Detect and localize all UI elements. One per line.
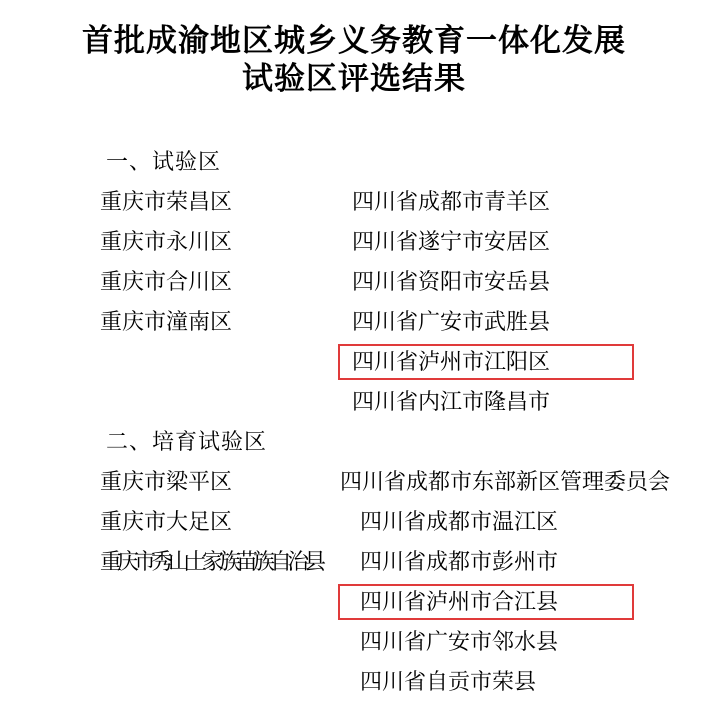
sichuan-item: 四川省成都市青羊区 bbox=[352, 190, 550, 214]
title-line-2: 试验区评选结果 bbox=[0, 60, 708, 98]
page-title: 首批成渝地区城乡义务教育一体化发展 试验区评选结果 bbox=[0, 22, 708, 98]
result-row: 四川省广安市邻水县 bbox=[100, 630, 708, 670]
sichuan-item: 四川省资阳市安岳县 bbox=[352, 270, 550, 294]
chongqing-item: 重庆市合川区 bbox=[100, 270, 352, 294]
result-row: 重庆市大足区 四川省成都市温江区 bbox=[100, 510, 708, 550]
result-row: 四川省内江市隆昌市 bbox=[100, 390, 708, 430]
result-row: 四川省泸州市江阳区 bbox=[100, 350, 708, 390]
chongqing-item: 重庆市大足区 bbox=[100, 510, 352, 534]
sichuan-item: 四川省遂宁市安居区 bbox=[352, 230, 550, 254]
sichuan-item: 四川省自贡市荣县 bbox=[360, 670, 536, 694]
sichuan-item: 四川省内江市隆昌市 bbox=[352, 390, 550, 414]
highlight-box-sichuan-item: 四川省泸州市合江县 bbox=[338, 584, 634, 620]
chongqing-item: 重庆市永川区 bbox=[100, 230, 352, 254]
chongqing-item: 重庆市潼南区 bbox=[100, 310, 352, 334]
sichuan-item: 四川省成都市东部新区管理委员会 bbox=[340, 470, 670, 494]
title-line-1: 首批成渝地区城乡义务教育一体化发展 bbox=[0, 22, 708, 60]
sichuan-item: 四川省广安市邻水县 bbox=[360, 630, 558, 654]
result-row: 重庆市永川区 四川省遂宁市安居区 bbox=[100, 230, 708, 270]
result-row: 重庆市荣昌区 四川省成都市青羊区 bbox=[100, 190, 708, 230]
highlight-box-sichuan-item: 四川省泸州市江阳区 bbox=[338, 344, 634, 380]
result-row: 重庆市梁平区 四川省成都市东部新区管理委员会 bbox=[100, 470, 708, 510]
section-heading-trial-zones: 一、试验区 bbox=[100, 150, 708, 190]
chongqing-item: 重庆市秀山土家族苗族自治县 bbox=[100, 550, 352, 574]
chongqing-item: 重庆市荣昌区 bbox=[100, 190, 352, 214]
sichuan-item: 四川省广安市武胜县 bbox=[352, 310, 550, 334]
result-row: 重庆市合川区 四川省资阳市安岳县 bbox=[100, 270, 708, 310]
result-row: 四川省自贡市荣县 bbox=[100, 670, 708, 710]
sichuan-item: 四川省成都市温江区 bbox=[360, 510, 558, 534]
result-row: 四川省泸州市合江县 bbox=[100, 590, 708, 630]
sichuan-item: 四川省成都市彭州市 bbox=[360, 550, 558, 574]
document-page: 首批成渝地区城乡义务教育一体化发展 试验区评选结果 一、试验区 重庆市荣昌区 四… bbox=[0, 0, 708, 726]
results-list: 一、试验区 重庆市荣昌区 四川省成都市青羊区 重庆市永川区 四川省遂宁市安居区 … bbox=[100, 150, 708, 710]
chongqing-item: 重庆市梁平区 bbox=[100, 470, 352, 494]
section-heading-cultivation-zones: 二、培育试验区 bbox=[100, 430, 708, 470]
